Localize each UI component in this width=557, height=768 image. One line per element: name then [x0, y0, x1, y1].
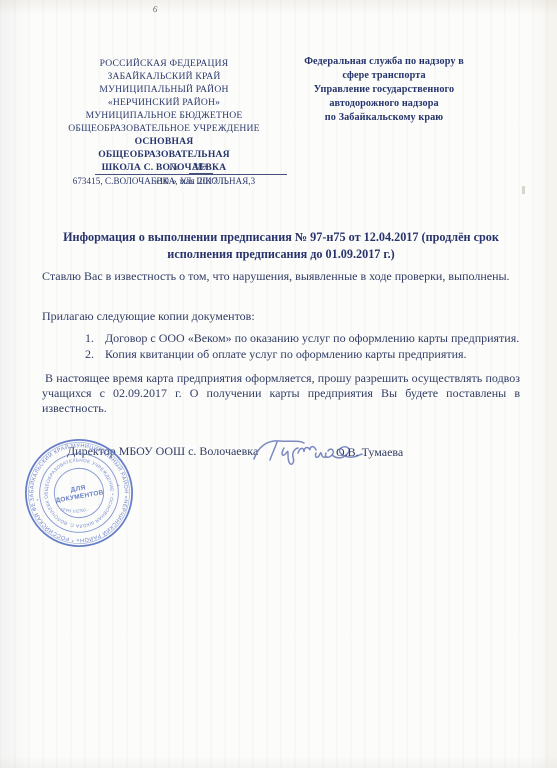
- stamp-star-right: *: [117, 484, 120, 490]
- signer-name: О.В. Тумаева: [336, 445, 403, 460]
- sender-line: МУНИЦИПАЛЬНОЕ БЮДЖЕТНОЕ: [38, 109, 290, 122]
- recipient-block: Федеральная служба по надзору в сфере тр…: [285, 55, 483, 125]
- paragraph-attachments-intro: Прилагаю следующие копии документов:: [42, 309, 520, 324]
- recipient-line: автодорожного надзора: [285, 97, 483, 111]
- stamp-ogrn-text: ОГРН 102750…: [59, 502, 90, 517]
- faint-scan-mark: [522, 186, 525, 194]
- document-number-line: №38+: [95, 162, 287, 175]
- stray-pen-mark: 6: [152, 4, 158, 15]
- number-value: 38+: [189, 162, 213, 174]
- recipient-line: сфере транспорта: [285, 69, 483, 83]
- title-line: исполнения предписания до 01.09.2017 г.): [42, 246, 520, 263]
- recipient-line: по Забайкальскому краю: [285, 111, 483, 125]
- scanned-letter-page: 6 РОССИЙСКАЯ ФЕДЕРАЦИЯ ЗАБАЙКАЛЬСКИЙ КРА…: [0, 0, 557, 768]
- sender-line: ОБЩЕОБРАЗОВАТЕЛЬНОЕ УЧРЕЖДЕНИЕ: [38, 122, 290, 135]
- list-item-number: 2.: [85, 347, 105, 363]
- list-item: 2. Копия квитанции об оплате услуг по оф…: [85, 347, 525, 363]
- list-item-number: 1.: [85, 331, 105, 347]
- stamp-star-left: *: [36, 498, 39, 504]
- sender-line: МУНИЦИПАЛЬНЫЙ РАЙОН: [38, 83, 290, 96]
- letter-title: Информация о выполнении предписания № 97…: [42, 229, 520, 262]
- svg-text:ОГРН 102750…: ОГРН 102750…: [59, 502, 90, 517]
- sender-line: РОССИЙСКАЯ ФЕДЕРАЦИЯ: [38, 57, 290, 70]
- sender-line: «НЕРЧИНСКИЙ РАЙОН»: [38, 96, 290, 109]
- school-name-line: ОСНОВНАЯ: [38, 135, 290, 148]
- list-item: 1. Договор с ООО «Веком» по оказанию усл…: [85, 331, 525, 347]
- school-name-line: ОБЩЕОБРАЗОВАТЕЛЬНАЯ: [38, 148, 290, 161]
- sender-line: ЗАБАЙКАЛЬСКИЙ КРАЙ: [38, 70, 290, 83]
- title-line: Информация о выполнении предписания № 97…: [42, 229, 520, 246]
- list-item-text: Договор с ООО «Веком» по оказанию услуг …: [105, 331, 519, 347]
- attachment-list: 1. Договор с ООО «Веком» по оказанию усл…: [85, 331, 525, 362]
- paragraph-request: В настоящее время карта предприятия офор…: [42, 371, 520, 415]
- number-label: №: [169, 162, 179, 173]
- recipient-line: Федеральная служба по надзору в: [285, 55, 483, 69]
- round-stamp-icon: ЗАБАЙКАЛЬСКИЙ КРАЙ МУНИЦИПАЛЬНЫЙ РАЙОН «…: [20, 434, 138, 552]
- list-item-text: Копия квитанции об оплате услуг по оформ…: [105, 347, 467, 363]
- document-date-line: «10 » мая 2017 Г.: [95, 177, 287, 187]
- paragraph-notice: Ставлю Вас в известность о том, что нару…: [42, 269, 520, 284]
- recipient-line: Управление государственного: [285, 83, 483, 97]
